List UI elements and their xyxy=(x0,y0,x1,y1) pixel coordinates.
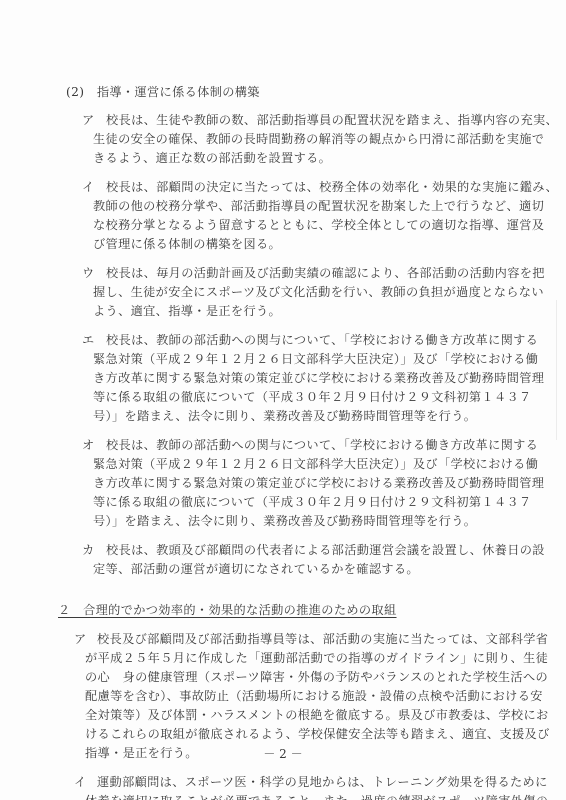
item-line: き方改革に関する緊急対策の策定並びに学校における業務改善及び勤務時間管理 xyxy=(93,476,544,490)
document-page: (2) 指導・運営に係る体制の構築 ア 校長は、生徒や教師の数、部活動指導員の配… xyxy=(0,0,566,800)
item-marker: オ xyxy=(82,438,94,452)
page-number: － 2 － xyxy=(0,745,566,762)
item-line: 校長及び部顧問及び部活動指導員等は、部活動の実施に当たっては、文部科学省 xyxy=(97,632,548,646)
item-marker: ア xyxy=(74,632,86,646)
item-line: けるこれらの取組が徹底されるよう、学校保健安全法等も踏まえ、適宜、支援及び xyxy=(85,727,550,741)
item-line: 握し、生徒が安全にスポーツ及び文化活動を行い、教師の負担が過度とならない xyxy=(93,285,544,299)
item-line: 号）」を踏まえ、法令に則り、業務改善及び勤務時間管理等を行う。 xyxy=(93,409,476,423)
item-line: び管理に係る体制の構築を図る。 xyxy=(93,237,281,251)
item-marker: ア xyxy=(82,113,94,127)
item-line: 等に係る取組の徹底について（平成３０年２月９日付け２９文科初第１４３７ xyxy=(93,390,532,404)
item-line: 配慮等を含む）、事故防止（活動場所における施設・設備の点検や活動における安 xyxy=(85,689,543,703)
item-marker: カ xyxy=(82,543,94,557)
item-line: 校長は、教師の部活動への関与について、「学校における働き方改革に関する xyxy=(106,333,538,347)
item-marker: エ xyxy=(82,333,94,347)
item-line: 校長は、毎月の活動計画及び活動実績の確認により、各部活動の活動内容を把 xyxy=(106,266,545,280)
item-line: が平成２５年５月に作成した「運動部活動での指導のガイドライン」に則り、生徒 xyxy=(85,651,548,665)
item-marker: イ xyxy=(82,180,94,194)
item-line: 全対策等）及び体罰・ハラスメントの根絶を徹底する。県及び市教委は、学校にお xyxy=(85,708,549,722)
item-line: 運動部顧問は、スポーツ医・科学の見地からは、トレーニング効果を得るために xyxy=(97,775,548,789)
item-marker: イ xyxy=(74,775,86,789)
item-line: よう、適宜、指導・是正を行う。 xyxy=(93,304,281,318)
item-line: な校務分掌となるよう留意するとともに、学校全体としての適切な指導、運営及 xyxy=(93,218,544,232)
item-line: 校長は、部顧問の決定に当たっては、校務全体の効率化・効果的な実施に鑑み、 xyxy=(106,180,558,194)
item-line: 休養を適切に取ることが必要であること、また、過度の練習がスポーツ障害外傷の xyxy=(85,794,548,800)
section-heading-underlined: ２ 合理的でかつ効率的・効果的な活動の推進のための取組 xyxy=(58,603,397,617)
item-line: 緊急対策（平成２９年１２月２６日文部科学大臣決定）」及び「学校における働 xyxy=(93,457,538,471)
item-line: 生徒の安全の確保、教師の長時間勤務の解消等の観点から円滑に部活動を実施で xyxy=(93,132,544,146)
item-line: 校長は、教師の部活動への関与について、「学校における働き方改革に関する xyxy=(106,438,538,452)
item-line: の心 身の健康管理（スポーツ障害・外傷の予防やバランスのとれた学校生活への xyxy=(85,670,548,684)
item-line: 号）」を踏まえ、法令に則り、業務改善及び勤務時間管理等を行う。 xyxy=(93,514,476,528)
item-line: 緊急対策（平成２９年１２月２６日文部科学大臣決定）」及び「学校における働 xyxy=(93,352,538,366)
item-marker: ウ xyxy=(82,266,94,280)
item-line: 等に係る取組の徹底について（平成３０年２月９日付け２９文科初第１４３７ xyxy=(93,495,532,509)
item-line: 定等、部活動の運営が適切になされているかを確認する。 xyxy=(93,562,419,576)
item-line: き方改革に関する緊急対策の策定並びに学校における業務改善及び勤務時間管理 xyxy=(93,371,544,385)
scan-edge-line xyxy=(556,300,557,440)
section-heading: (2) 指導・運営に係る体制の構築 xyxy=(66,85,260,99)
item-line: 校長は、教頭及び部顧問の代表者による部活動運営会議を設置し、休養日の設 xyxy=(106,543,545,557)
item-line: 教師の他の校務分掌や、部活動指導員の配置状況を勘案した上で行うなど、適切 xyxy=(93,199,544,213)
item-line: 校長は、生徒や教師の数、部活動指導員の配置状況を踏まえ、指導内容の充実、 xyxy=(106,113,558,127)
item-line: きるよう、適正な数の部活動を設置する。 xyxy=(93,151,331,165)
